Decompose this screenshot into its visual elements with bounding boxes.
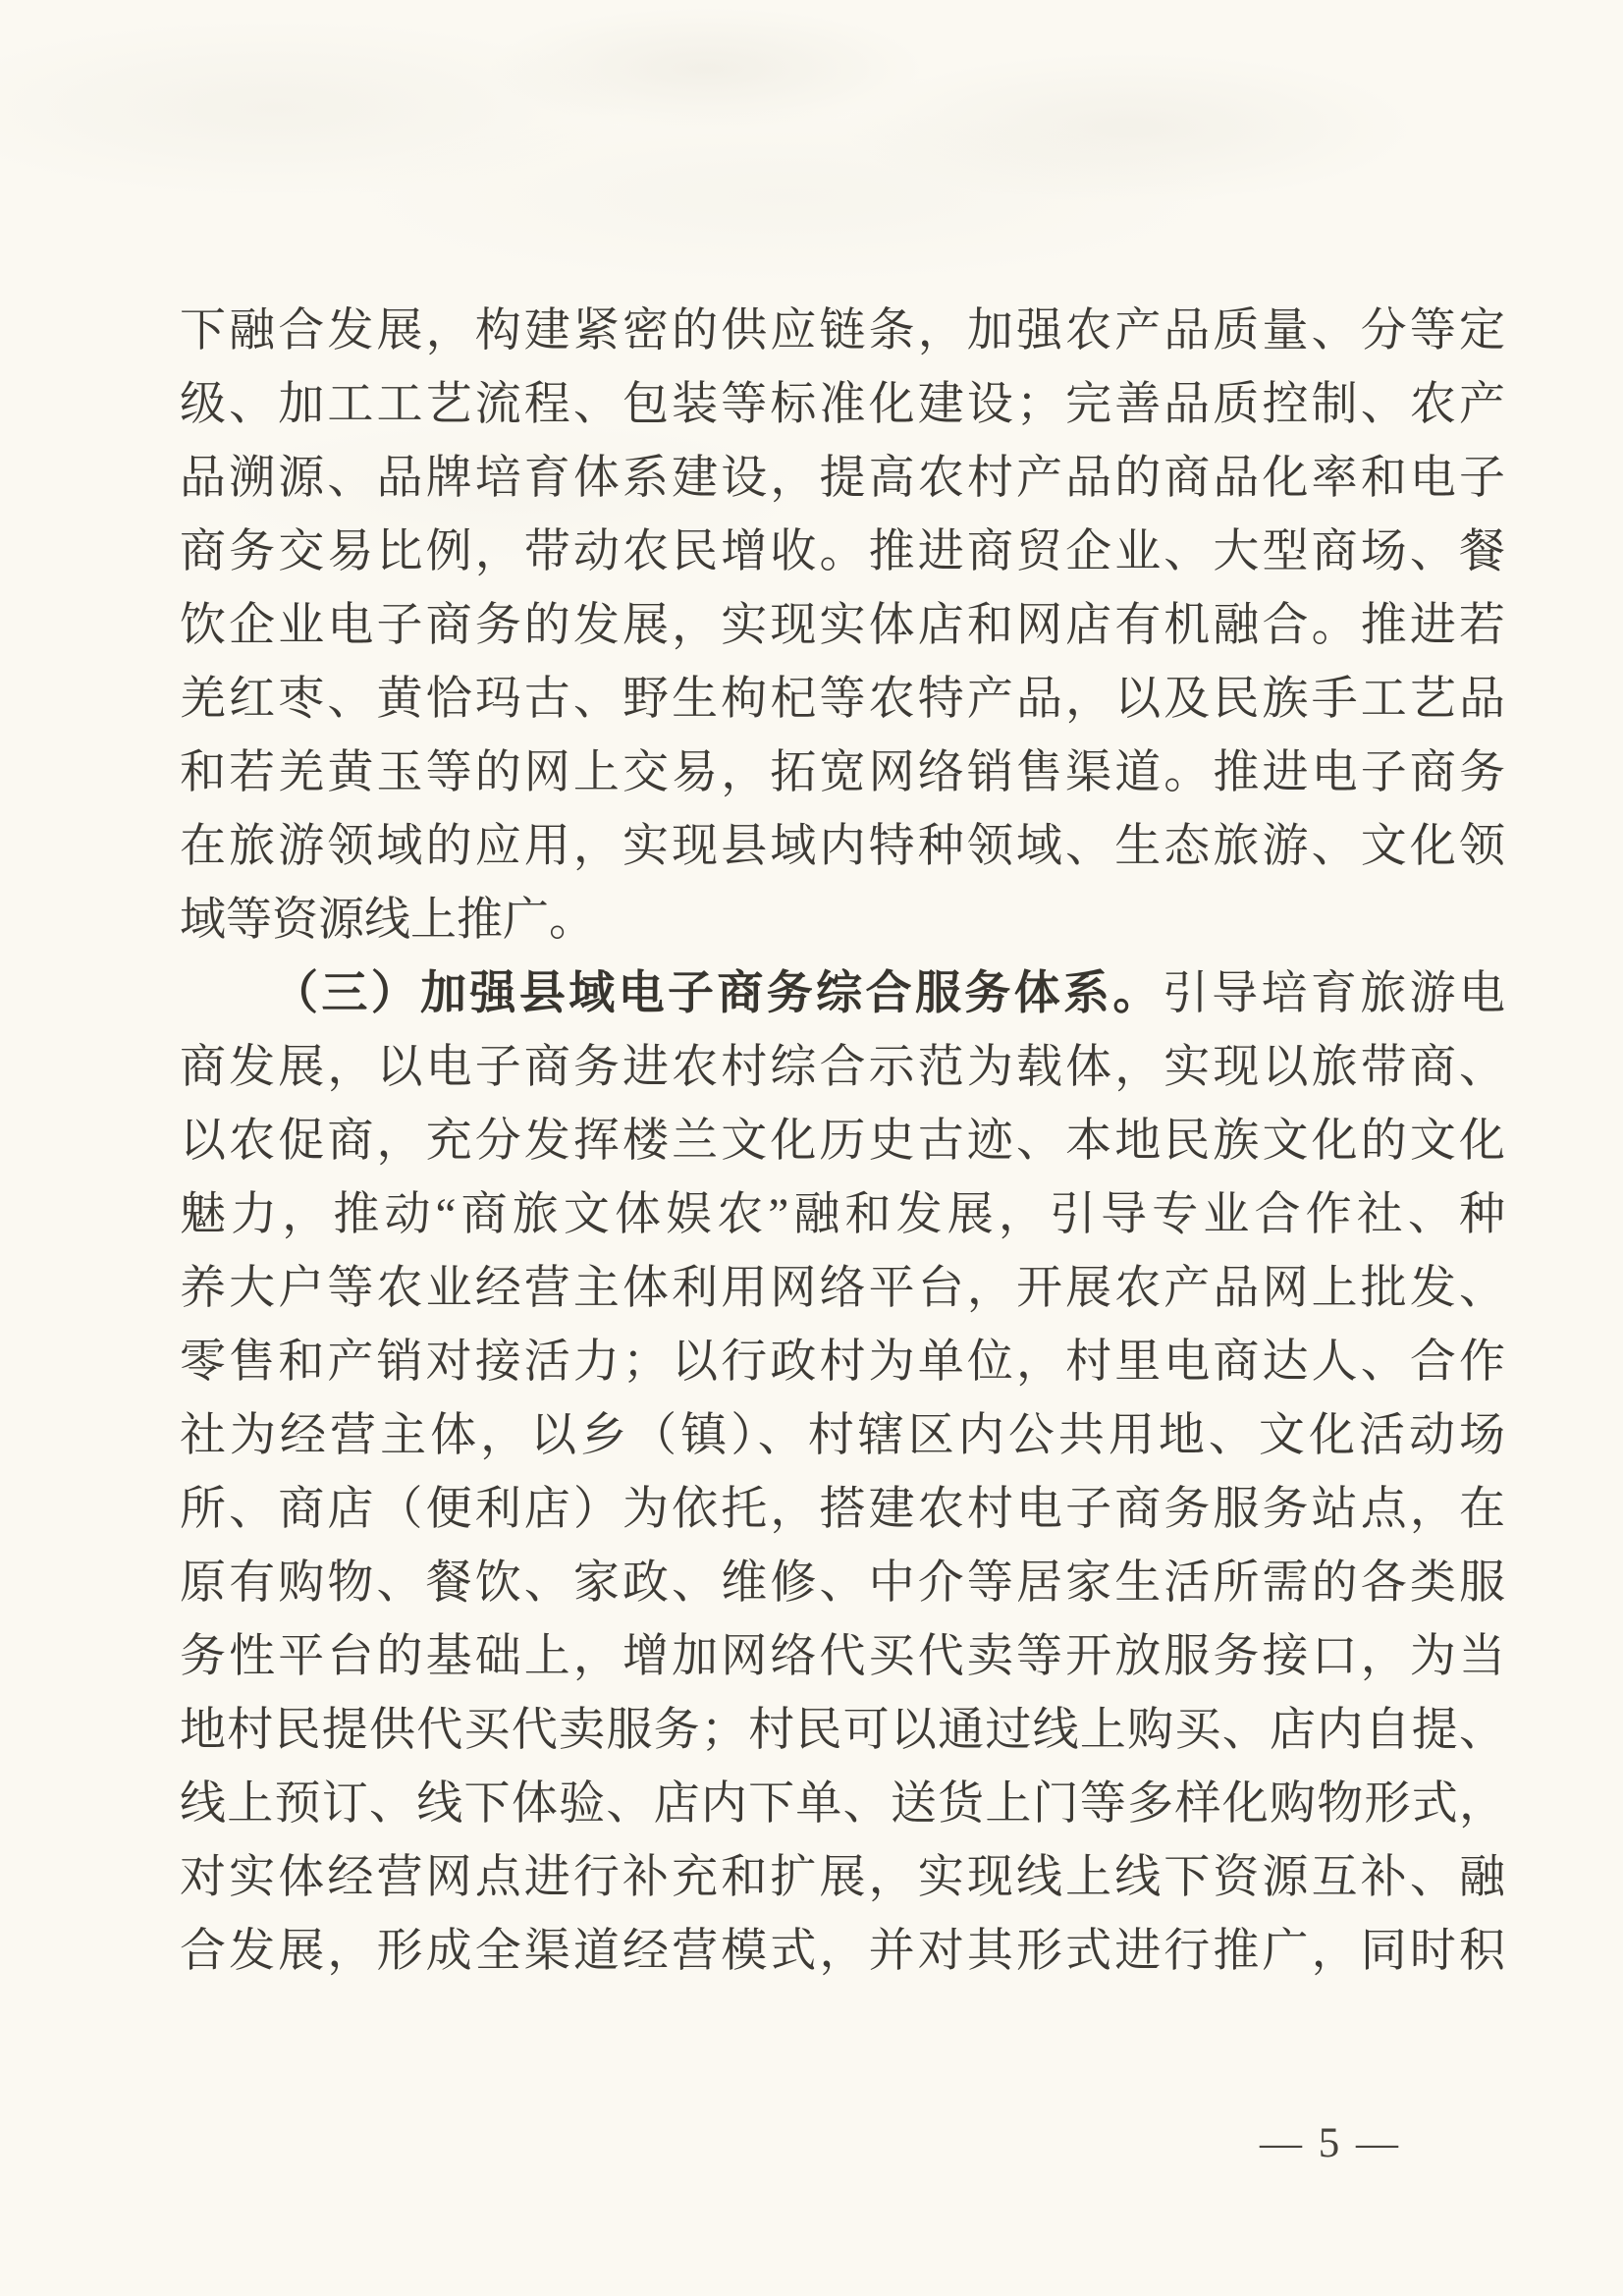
text-line: 品溯源、品牌培育体系建设，提高农村产品的商品化率和电子 <box>180 442 1505 516</box>
document-page: 下融合发展，构建紧密的供应链条，加强农产品质量、分等定 级、加工工艺流程、包装等… <box>0 0 1623 2296</box>
section-heading-rest: 引导培育旅游电 <box>1163 968 1505 1019</box>
text-line: 养大户等农业经营主体利用网络平台，开展农产品网上批发、 <box>180 1252 1505 1326</box>
text-line: 对实体经营网点进行补充和扩展，实现线上线下资源互补、融 <box>180 1841 1505 1915</box>
text-line: 在旅游领域的应用，实现县域内特种领域、生态旅游、文化领 <box>180 810 1505 884</box>
text-line: 饮企业电子商务的发展，实现实体店和网店有机融合。推进若 <box>180 589 1505 663</box>
text-line: 零售和产销对接活力；以行政村为单位，村里电商达人、合作 <box>180 1326 1505 1399</box>
text-line: 羌红枣、黄恰玛古、野生枸杞等农特产品，以及民族手工艺品 <box>180 663 1505 737</box>
text-line-section-start: （三）加强县域电子商务综合服务体系。引导培育旅游电 <box>180 957 1505 1031</box>
text-line: 原有购物、餐饮、家政、维修、中介等居家生活所需的各类服 <box>180 1547 1505 1620</box>
text-line: 线上预订、线下体验、店内下单、送货上门等多样化购物形式， <box>180 1768 1505 1841</box>
page-number: — 5 — <box>1260 2119 1401 2167</box>
text-line: 地村民提供代买代卖服务；村民可以通过线上购买、店内自提、 <box>180 1694 1505 1768</box>
text-line: 商发展，以电子商务进农村综合示范为载体，实现以旅带商、 <box>180 1031 1505 1105</box>
text-line: 务性平台的基础上，增加网络代买代卖等开放服务接口，为当 <box>180 1620 1505 1694</box>
text-line: 级、加工工艺流程、包装等标准化建设；完善品质控制、农产 <box>180 368 1505 442</box>
text-line: 所、商店（便利店）为依托，搭建农村电子商务服务站点，在 <box>180 1473 1505 1547</box>
text-line: 魅力，推动“商旅文体娱农”融和发展，引导专业合作社、种 <box>180 1178 1505 1252</box>
text-line: 和若羌黄玉等的网上交易，拓宽网络销售渠道。推进电子商务 <box>180 737 1505 810</box>
text-line: 社为经营主体，以乡（镇）、村辖区内公共用地、文化活动场 <box>180 1399 1505 1473</box>
text-line: 下融合发展，构建紧密的供应链条，加强农产品质量、分等定 <box>180 295 1505 368</box>
text-line: 域等资源线上推广。 <box>180 884 1505 957</box>
text-line: 以农促商，充分发挥楼兰文化历史古迹、本地民族文化的文化 <box>180 1105 1505 1178</box>
section-heading: （三）加强县域电子商务综合服务体系。 <box>272 968 1163 1019</box>
body-text: 下融合发展，构建紧密的供应链条，加强农产品质量、分等定 级、加工工艺流程、包装等… <box>180 295 1505 1989</box>
text-line: 商务交易比例，带动农民增收。推进商贸企业、大型商场、餐 <box>180 516 1505 589</box>
text-line: 合发展，形成全渠道经营模式，并对其形式进行推广，同时积 <box>180 1915 1505 1989</box>
